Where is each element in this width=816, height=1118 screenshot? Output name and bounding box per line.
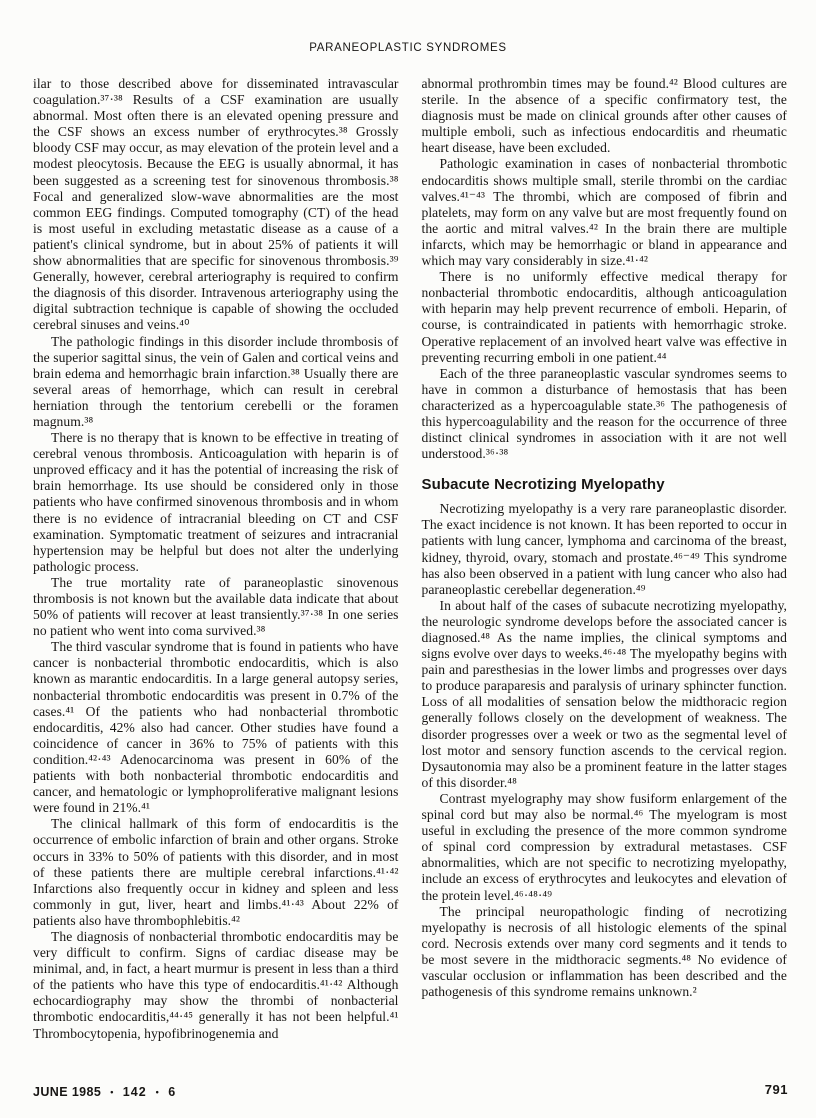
- volume-number: 142: [123, 1085, 147, 1099]
- paragraph: There is no therapy that is known to be …: [33, 430, 399, 575]
- separator-bullet: •: [156, 1087, 160, 1097]
- paragraph: Necrotizing myelopathy is a very rare pa…: [422, 501, 788, 598]
- left-column: ilar to those described above for dissem…: [33, 76, 399, 1042]
- paragraph: Each of the three paraneoplastic vascula…: [422, 366, 788, 463]
- paragraph: Contrast myelography may show fusiform e…: [422, 791, 788, 904]
- paragraph: abnormal prothrombin times may be found.…: [422, 76, 788, 156]
- running-head: PARANEOPLASTIC SYNDROMES: [0, 42, 816, 54]
- section-heading: Subacute Necrotizing Myelopathy: [422, 476, 788, 494]
- paragraph: Pathologic examination in cases of nonba…: [422, 156, 788, 269]
- paragraph: The principal neuropathologic finding of…: [422, 904, 788, 1001]
- paragraph: The true mortality rate of paraneoplasti…: [33, 575, 399, 639]
- paragraph: The pathologic findings in this disorder…: [33, 334, 399, 431]
- article-columns: ilar to those described above for dissem…: [33, 76, 787, 1042]
- separator-bullet: •: [110, 1087, 114, 1097]
- issue-date: JUNE 1985: [33, 1085, 101, 1099]
- paragraph: The third vascular syndrome that is foun…: [33, 639, 399, 816]
- issue-number: 6: [168, 1085, 176, 1099]
- paragraph: ilar to those described above for dissem…: [33, 76, 399, 334]
- page-number: 791: [765, 1082, 788, 1097]
- right-column: abnormal prothrombin times may be found.…: [422, 76, 788, 1042]
- issue-info: JUNE 1985•142•6: [33, 1082, 176, 1099]
- paragraph: The clinical hallmark of this form of en…: [33, 816, 399, 929]
- journal-page: PARANEOPLASTIC SYNDROMES ilar to those d…: [0, 0, 816, 1118]
- page-footer: JUNE 1985•142•6 791: [33, 1082, 788, 1099]
- paragraph: In about half of the cases of subacute n…: [422, 598, 788, 791]
- paragraph: The diagnosis of nonbacterial thrombotic…: [33, 929, 399, 1042]
- paragraph: There is no uniformly effective medical …: [422, 269, 788, 366]
